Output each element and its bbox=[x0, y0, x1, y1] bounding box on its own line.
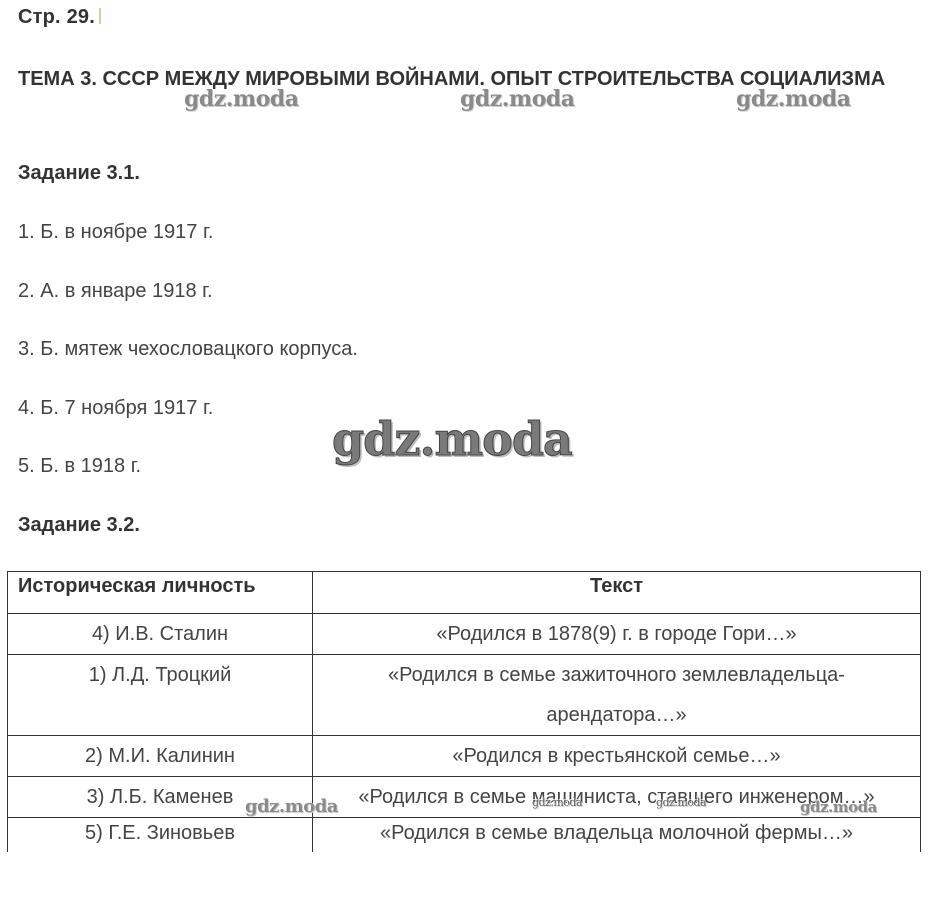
table-row: 2) М.И. Калинин «Родился в крестьянской … bbox=[8, 736, 921, 777]
text-cell: «Родился в семье владельца молочной ферм… bbox=[313, 818, 921, 853]
page-reference: Стр. 29. bbox=[18, 6, 101, 29]
answer-item: 2. А. в январе 1918 г. bbox=[18, 280, 213, 303]
person-cell: 2) М.И. Калинин bbox=[8, 736, 313, 777]
table-row: 5) Г.Е. Зиновьев «Родился в семье владел… bbox=[8, 818, 921, 853]
text-cell: «Родился в 1878(9) г. в городе Гори…» bbox=[313, 614, 921, 655]
topic-title: ТЕМА 3. СССР МЕЖДУ МИРОВЫМИ ВОЙНАМИ. ОПЫ… bbox=[18, 60, 898, 98]
person-cell: 3) Л.Б. Каменев bbox=[8, 777, 313, 818]
text-cell: «Родился в крестьянской семье…» bbox=[313, 736, 921, 777]
answer-item: 5. Б. в 1918 г. bbox=[18, 455, 141, 478]
answer-item: 1. Б. в ноябре 1917 г. bbox=[18, 221, 213, 244]
answer-item: 4. Б. 7 ноября 1917 г. bbox=[18, 397, 213, 420]
watermark: gdz.moda bbox=[332, 412, 572, 466]
table-row: 1) Л.Д. Троцкий «Родился в семье зажиточ… bbox=[8, 655, 921, 736]
person-cell: 1) Л.Д. Троцкий bbox=[8, 655, 313, 736]
text-cell: «Родился в семье зажиточного землевладел… bbox=[313, 655, 921, 736]
person-cell: 5) Г.Е. Зиновьев bbox=[8, 818, 313, 853]
person-cell: 4) И.В. Сталин bbox=[8, 614, 313, 655]
answer-item: 3. Б. мятеж чехословацкого корпуса. bbox=[18, 338, 358, 361]
column-header-text: Текст bbox=[313, 572, 921, 614]
text-cursor-mark bbox=[99, 8, 101, 24]
task-3-2-heading: Задание 3.2. bbox=[18, 514, 140, 537]
task-3-1-heading: Задание 3.1. bbox=[18, 162, 140, 185]
page-reference-text: Стр. 29. bbox=[18, 6, 95, 28]
table-header-row: Историческая личность Текст bbox=[8, 572, 921, 614]
column-header-person: Историческая личность bbox=[8, 572, 313, 614]
matching-table: Историческая личность Текст 4) И.В. Стал… bbox=[7, 571, 921, 852]
table-row: 4) И.В. Сталин «Родился в 1878(9) г. в г… bbox=[8, 614, 921, 655]
table-row: 3) Л.Б. Каменев «Родился в семье машинис… bbox=[8, 777, 921, 818]
text-cell: «Родился в семье машиниста, ставшего инж… bbox=[313, 777, 921, 818]
